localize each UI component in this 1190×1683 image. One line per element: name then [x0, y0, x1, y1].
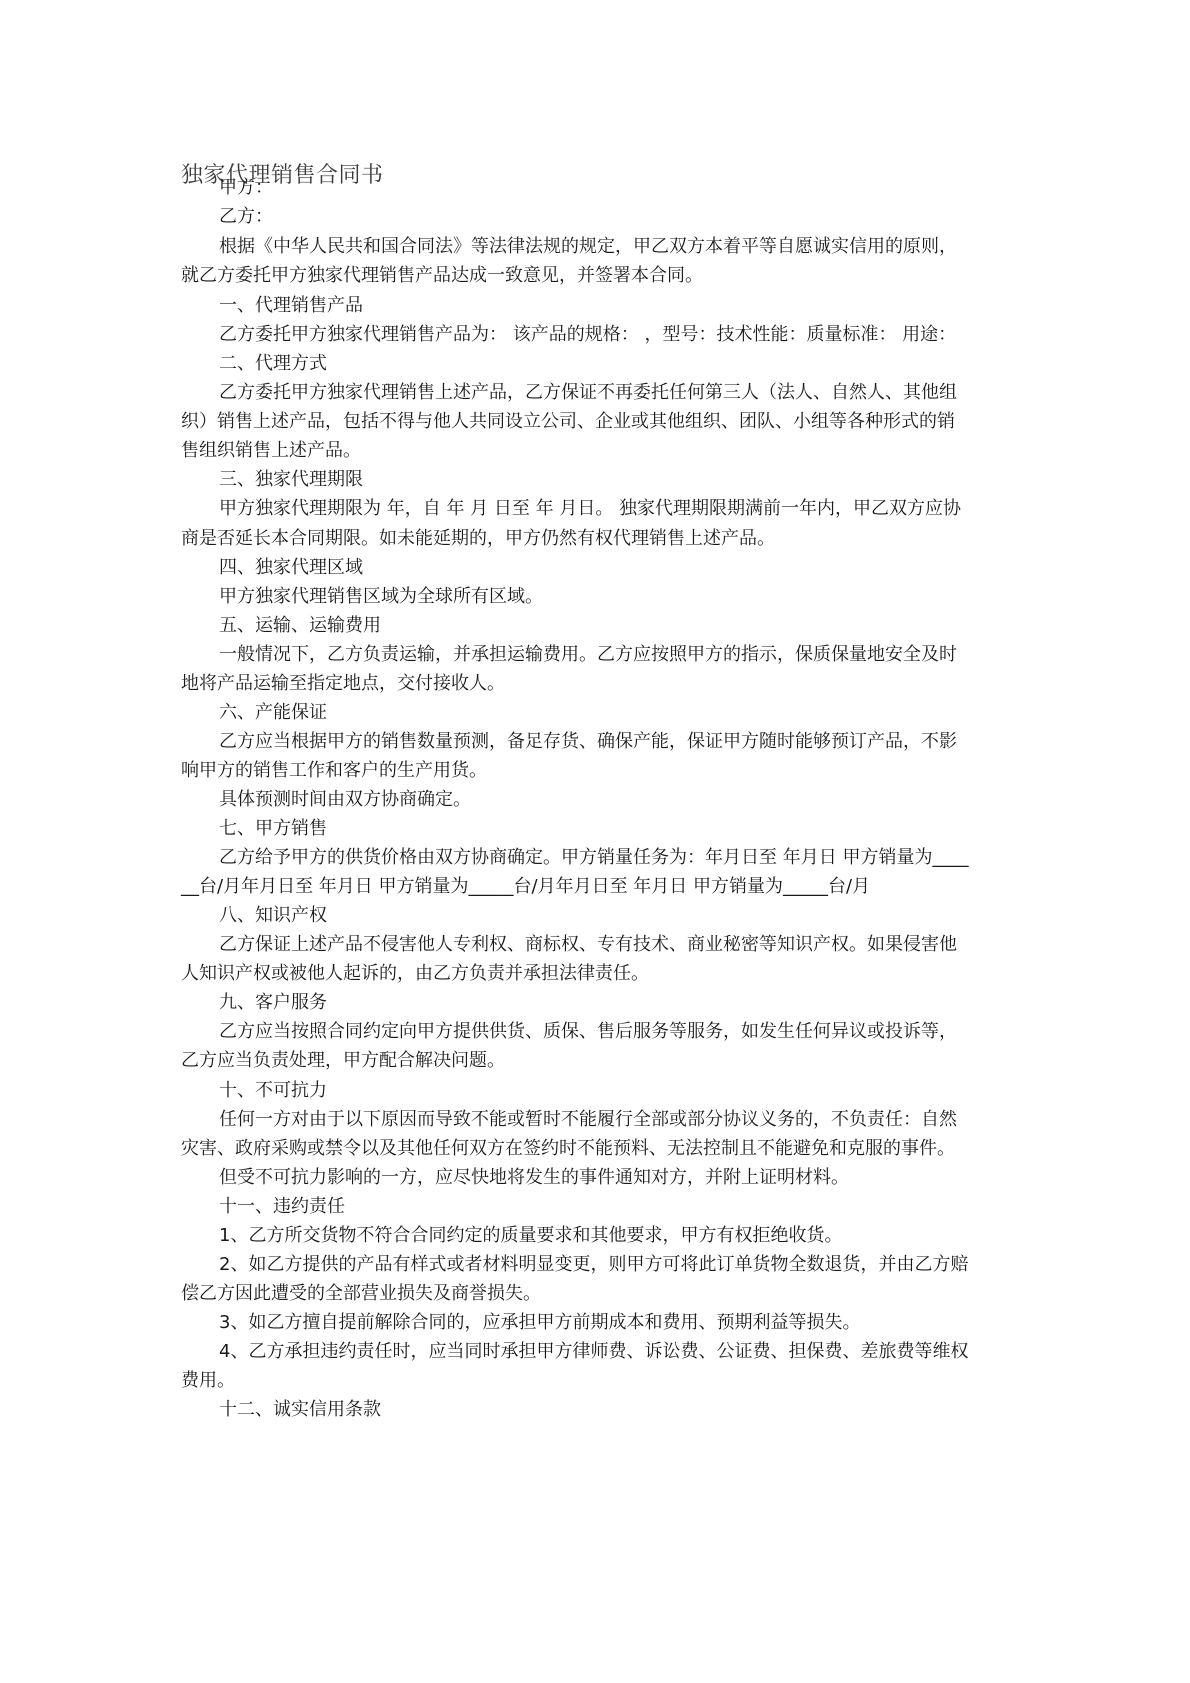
document-line: 响甲方的销售工作和客户的生产用货。: [181, 760, 487, 782]
document-line: 七、甲方销售: [219, 818, 327, 840]
document-page: 独家代理销售合同书 甲方：乙方：根据《中华人民共和国合同法》等法律法规的规定，甲…: [0, 0, 1190, 1683]
document-line: 甲方独家代理销售区域为全球所有区域。: [219, 586, 543, 608]
document-line: 乙方应当根据甲方的销售数量预测，备足存货、确保产能，保证甲方随时能够预订产品，不…: [219, 731, 957, 753]
document-line: 就乙方委托甲方独家代理销售产品达成一致意见，并签署本合同。: [181, 265, 703, 287]
document-line: 十、不可抗力: [219, 1080, 327, 1102]
document-title: 独家代理销售合同书: [181, 158, 384, 189]
document-line: 四、独家代理区域: [219, 557, 363, 579]
document-line: 任何一方对由于以下原因而导致不能或暂时不能履行全部或部分协议义务的，不负责任：自…: [219, 1109, 957, 1131]
document-line: 九、客户服务: [219, 992, 327, 1014]
document-line: 甲方独家代理期限为 年，自 年 月 日至 年 月日。 独家代理期限期满前一年内，…: [219, 498, 961, 520]
document-line: 六、产能保证: [219, 702, 327, 724]
document-line: 售组织销售上述产品。: [181, 440, 361, 462]
document-line: 乙方保证上述产品不侵害他人专利权、商标权、专有技术、商业秘密等知识产权。如果侵害…: [219, 934, 957, 956]
document-line: 但受不可抗力影响的一方，应尽快地将发生的事件通知对方，并附上证明材料。: [219, 1167, 849, 1189]
document-line: 商是否延长本合同期限。如未能延期的，甲方仍然有权代理销售上述产品。: [181, 528, 775, 550]
document-line: 十一、违约责任: [219, 1196, 345, 1218]
document-line: 乙方应当负责处理，甲方配合解决问题。: [181, 1050, 505, 1072]
document-line: 乙方：: [219, 206, 273, 228]
document-line: 乙方委托甲方独家代理销售产品为： 该产品的规格： ，型号：技术性能：质量标准： …: [219, 324, 956, 346]
document-line: 乙方委托甲方独家代理销售上述产品，乙方保证不再委托任何第三人（法人、自然人、其他…: [219, 382, 957, 404]
document-line: 五、运输、运输费用: [219, 615, 381, 637]
document-line: 八、知识产权: [219, 905, 327, 927]
document-line: 2、如乙方提供的产品有样式或者材料明显变更，则甲方可将此订单货物全数退货，并由乙…: [219, 1254, 968, 1276]
document-line: 人知识产权或被他人起诉的，由乙方负责并承担法律责任。: [181, 963, 649, 985]
document-line: 4、乙方承担违约责任时，应当同时承担甲方律师费、诉讼费、公证费、担保费、差旅费等…: [219, 1341, 968, 1363]
document-line: 织）销售上述产品，包括不得与他人共同设立公司、企业或其他组织、团队、小组等各种形…: [181, 411, 955, 433]
document-line: 偿乙方因此遭受的全部营业损失及商誉损失。: [181, 1283, 541, 1305]
document-line: 根据《中华人民共和国合同法》等法律法规的规定，甲乙双方本着平等自愿诚实信用的原则…: [219, 236, 957, 258]
document-line: 3、如乙方擅自提前解除合同的，应承担甲方前期成本和费用、预期利益等损失。: [219, 1312, 860, 1334]
document-line: 灾害、政府采购或禁令以及其他任何双方在签约时不能预料、无法控制且不能避免和克服的…: [181, 1138, 955, 1160]
document-line: 一、代理销售产品: [219, 295, 363, 317]
document-line: 十二、诚实信用条款: [219, 1399, 381, 1421]
document-line: 三、独家代理期限: [219, 469, 363, 491]
document-line: 甲方：: [219, 177, 273, 199]
document-line: 乙方应当按照合同约定向甲方提供供货、质保、售后服务等服务，如发生任何异议或投诉等…: [219, 1021, 957, 1043]
document-line: 费用。: [181, 1370, 235, 1392]
document-line: 具体预测时间由双方协商确定。: [219, 789, 471, 811]
document-line: 乙方给予甲方的供货价格由双方协商确定。甲方销量任务为：年月日至 年月日 甲方销量…: [219, 847, 968, 869]
document-line: __台/月年月日至 年月日 甲方销量为_____台/月年月日至 年月日 甲方销量…: [181, 876, 870, 898]
document-line: 一般情况下，乙方负责运输，并承担运输费用。乙方应按照甲方的指示，保质保量地安全及…: [219, 644, 957, 666]
document-line: 1、乙方所交货物不符合合同约定的质量要求和其他要求，甲方有权拒绝收货。: [219, 1225, 842, 1247]
document-line: 地将产品运输至指定地点，交付接收人。: [181, 673, 505, 695]
document-line: 二、代理方式: [219, 353, 327, 375]
